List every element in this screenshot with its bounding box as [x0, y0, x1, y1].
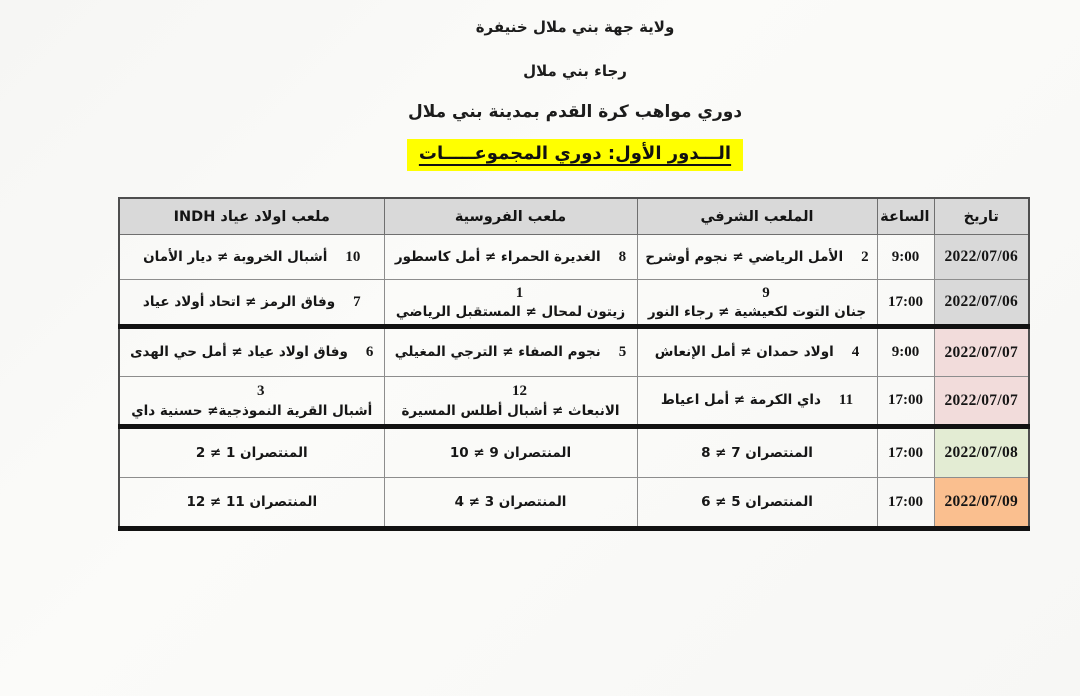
match-row: 2022/07/06 9:00 2الأمل الرياضي ≠ نجوم أو…: [119, 235, 1029, 280]
match-cell-equestrian: المنتصران 3 ≠ 4: [384, 478, 637, 529]
match-teams: أشبال الخروبة ≠ ديار الأمان: [143, 248, 327, 266]
col-header-time: الساعة: [877, 198, 934, 235]
round-heading-band: الـــدور الأول: دوري المجموعـــــات: [120, 139, 1030, 171]
match-cell-equestrian: المنتصران 9 ≠ 10: [384, 427, 637, 478]
match-cell-indh: المنتصران 11 ≠ 12: [119, 478, 384, 529]
match-teams: وفاق الرمز ≠ اتحاد أولاد عياد: [143, 293, 335, 311]
match-number: 7: [353, 292, 361, 312]
document-page: ولاية جهة بني ملال خنيفرة رجاء بني ملال …: [0, 0, 1080, 696]
match-cell-equestrian: 12الانبعاث ≠ أشبال أطلس المسيرة: [384, 377, 637, 427]
match-row: 2022/07/06 17:00 9جنان التوت لكعيشية ≠ ر…: [119, 280, 1029, 327]
club-name-line: رجاء بني ملال: [120, 62, 1030, 80]
schedule-table-wrapper: تاريخ الساعة الملعب الشرفي ملعب الفروسية…: [120, 197, 1030, 531]
header-row: تاريخ الساعة الملعب الشرفي ملعب الفروسية…: [119, 198, 1029, 235]
date-cell: 2022/07/07: [934, 377, 1029, 427]
match-cell-indh: 7وفاق الرمز ≠ اتحاد أولاد عياد: [119, 280, 384, 327]
match-teams: المنتصران 3 ≠ 4: [455, 493, 567, 511]
match-teams: زيتون لمحال ≠ المستقبل الرياضي: [396, 303, 625, 321]
time-cell: 17:00: [877, 478, 934, 529]
match-row: 2022/07/07 9:00 4اولاد حمدان ≠ أمل الإنع…: [119, 327, 1029, 377]
time-cell: 9:00: [877, 235, 934, 280]
match-number: 1: [516, 283, 524, 303]
match-cell-indh: 10أشبال الخروبة ≠ ديار الأمان: [119, 235, 384, 280]
match-teams: الأمل الرياضي ≠ نجوم أوشرح: [645, 248, 843, 266]
match-number: 2: [861, 247, 869, 267]
round-heading-highlight: الـــدور الأول: دوري المجموعـــــات: [407, 139, 743, 171]
match-teams: الغديرة الحمراء ≠ أمل كاسطور: [395, 248, 601, 266]
match-row: 2022/07/08 17:00 المنتصران 7 ≠ 8 المنتصر…: [119, 427, 1029, 478]
match-teams: وفاق اولاد عياد ≠ أمل حي الهدى: [130, 343, 348, 361]
date-cell: 2022/07/06: [934, 235, 1029, 280]
col-header-indh-stadium: ملعب اولاد عياد INDH: [119, 198, 384, 235]
match-teams: المنتصران 1 ≠ 2: [196, 444, 308, 462]
match-cell-honor: 9جنان التوت لكعيشية ≠ رجاء النور: [637, 280, 877, 327]
match-row: 2022/07/07 17:00 11داي الكرمة ≠ أمل اعيا…: [119, 377, 1029, 427]
match-teams: اولاد حمدان ≠ أمل الإنعاش: [655, 343, 834, 361]
time-cell: 17:00: [877, 427, 934, 478]
match-cell-equestrian: 1زيتون لمحال ≠ المستقبل الرياضي: [384, 280, 637, 327]
region-name-line: ولاية جهة بني ملال خنيفرة: [120, 18, 1030, 36]
time-cell: 17:00: [877, 280, 934, 327]
match-cell-honor: 11داي الكرمة ≠ أمل اعياط: [637, 377, 877, 427]
match-teams: نجوم الصفاء ≠ الترجي المغيلي: [395, 343, 601, 361]
match-teams: المنتصران 9 ≠ 10: [450, 444, 571, 462]
match-number: 12: [512, 381, 527, 401]
date-cell: 2022/07/08: [934, 427, 1029, 478]
match-teams: جنان التوت لكعيشية ≠ رجاء النور: [648, 303, 866, 321]
match-teams: المنتصران 7 ≠ 8: [701, 444, 813, 462]
date-cell: 2022/07/07: [934, 327, 1029, 377]
match-row: 2022/07/09 17:00 المنتصران 5 ≠ 6 المنتصر…: [119, 478, 1029, 529]
match-cell-honor: المنتصران 5 ≠ 6: [637, 478, 877, 529]
col-header-honor-stadium: الملعب الشرفي: [637, 198, 877, 235]
match-teams: المنتصران 5 ≠ 6: [701, 493, 813, 511]
match-number: 6: [366, 342, 374, 362]
match-number: 4: [852, 342, 860, 362]
match-number: 8: [619, 247, 627, 267]
match-teams: المنتصران 11 ≠ 12: [186, 493, 317, 511]
match-cell-indh: 3أشبال القرية النموذجية≠ حسنية داي: [119, 377, 384, 427]
match-number: 11: [839, 390, 853, 410]
col-header-date: تاريخ: [934, 198, 1029, 235]
col-header-equestrian-stadium: ملعب الفروسية: [384, 198, 637, 235]
match-cell-indh: المنتصران 1 ≠ 2: [119, 427, 384, 478]
match-cell-indh: 6وفاق اولاد عياد ≠ أمل حي الهدى: [119, 327, 384, 377]
match-cell-equestrian: 8الغديرة الحمراء ≠ أمل كاسطور: [384, 235, 637, 280]
time-cell: 17:00: [877, 377, 934, 427]
date-cell: 2022/07/09: [934, 478, 1029, 529]
match-number: 9: [762, 283, 770, 303]
match-cell-equestrian: 5نجوم الصفاء ≠ الترجي المغيلي: [384, 327, 637, 377]
match-number: 10: [345, 247, 360, 267]
match-cell-honor: 2الأمل الرياضي ≠ نجوم أوشرح: [637, 235, 877, 280]
time-cell: 9:00: [877, 327, 934, 377]
match-teams: الانبعاث ≠ أشبال أطلس المسيرة: [401, 402, 619, 420]
match-teams: أشبال القرية النموذجية≠ حسنية داي: [131, 402, 372, 420]
tournament-title: دوري مواهب كرة القدم بمدينة بني ملال: [120, 102, 1030, 122]
match-cell-honor: المنتصران 7 ≠ 8: [637, 427, 877, 478]
match-number: 3: [257, 381, 265, 401]
schedule-table: تاريخ الساعة الملعب الشرفي ملعب الفروسية…: [118, 197, 1030, 531]
match-cell-honor: 4اولاد حمدان ≠ أمل الإنعاش: [637, 327, 877, 377]
match-number: 5: [619, 342, 627, 362]
match-teams: داي الكرمة ≠ أمل اعياط: [661, 391, 821, 409]
date-cell: 2022/07/06: [934, 280, 1029, 327]
